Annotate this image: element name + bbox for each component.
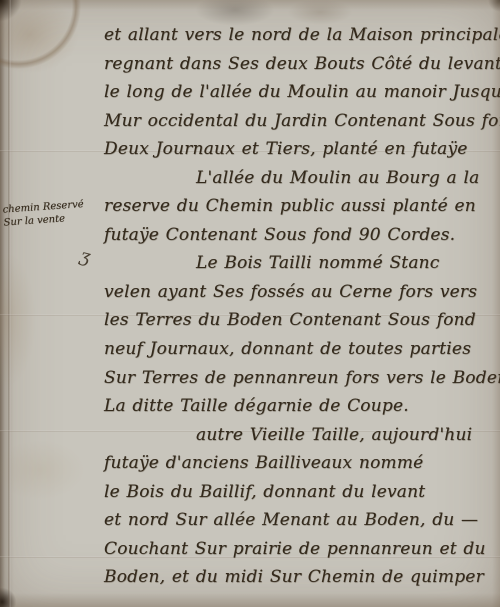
manuscript-text: et allant vers le nord de la Maison prin… <box>104 21 498 592</box>
manuscript-line: futaÿe d'anciens Bailliveaux nommé <box>104 449 498 478</box>
manuscript-line: reserve du Chemin public aussi planté en <box>104 192 498 221</box>
manuscript-line: velen ayant Ses fossés au Cerne fors ver… <box>104 278 498 307</box>
manuscript-line: Boden, et du midi Sur Chemin de quimper <box>104 563 498 592</box>
manuscript-line: futaÿe Contenant Sous fond 90 Cordes. <box>104 221 498 250</box>
manuscript-line: le Bois du Baillif, donnant du levant <box>104 478 498 507</box>
manuscript-line: les Terres du Boden Contenant Sous fond <box>104 306 498 335</box>
manuscript-line: et nord Sur allée Menant au Boden, du — <box>104 506 498 535</box>
manuscript-line: autre Vieille Taille, aujourd'hui <box>104 421 498 450</box>
manuscript-line: le long de l'allée du Moulin au manoir J… <box>104 78 498 107</box>
manuscript-line: Couchant Sur prairie de pennanreun et du <box>104 535 498 564</box>
manuscript-line: et allant vers le nord de la Maison prin… <box>104 21 498 50</box>
manuscript-line: neuf Journaux, donnant de toutes parties <box>104 335 498 364</box>
manuscript-line: Le Bois Tailli nommé Stanc <box>104 249 498 278</box>
manuscript-line: L'allée du Moulin au Bourg a la <box>104 164 498 193</box>
manuscript-line: Sur Terres de pennanreun fors vers le Bo… <box>104 364 498 393</box>
manuscript-line: La ditte Taille dégarnie de Coupe. <box>104 392 498 421</box>
manuscript-photo: chemin Reservé Sur la vente ʒ et allant … <box>0 0 500 607</box>
manuscript-line: Deux Journaux et Tiers, planté en futaÿe <box>104 135 498 164</box>
manuscript-line: Mur occidental du Jardin Contenant Sous … <box>104 107 498 136</box>
manuscript-line: regnant dans Ses deux Bouts Côté du leva… <box>104 50 498 79</box>
